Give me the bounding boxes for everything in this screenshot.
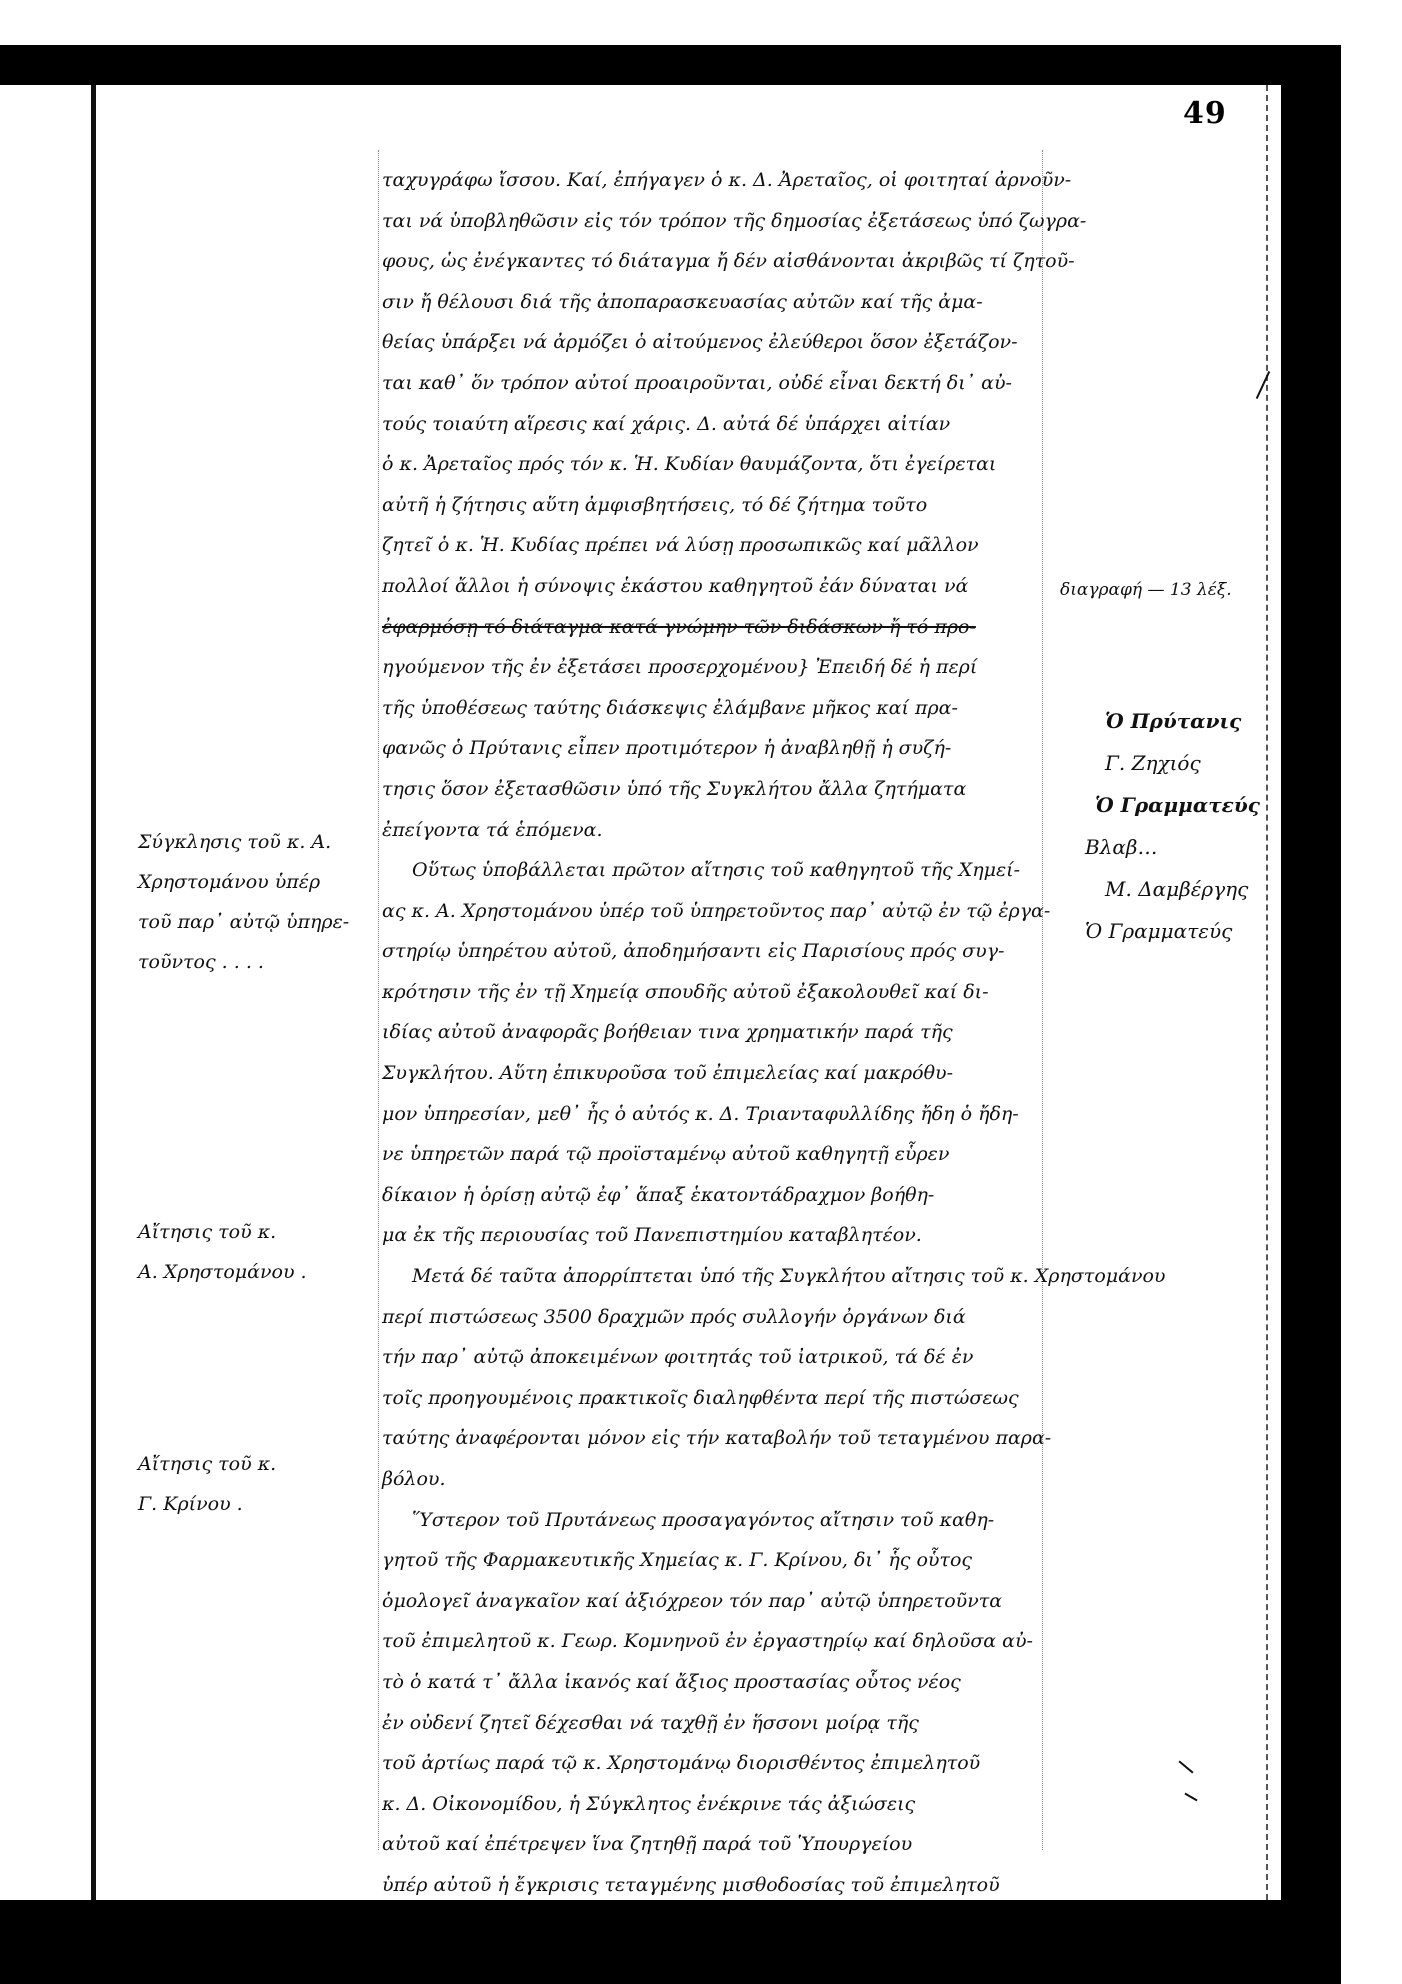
pen-mark (1178, 1760, 1193, 1773)
body-line: ταύτης ἀναφέρονται μόνον εἰς τήν καταβολ… (382, 1418, 1042, 1459)
signature: Μ. Δαμβέργης (1085, 868, 1275, 910)
body-line: αὐτοῦ καί ἐπέτρεψεν ἵνα ζητηθῇ παρά τοῦ … (382, 1824, 1042, 1865)
body-line: ζητεῖ ὁ κ. Ἡ. Κυδίας πρέπει νά λύσῃ προσ… (382, 525, 1042, 566)
body-line: ας κ. Α. Χρηστομάνου ὑπέρ τοῦ ὑπηρετοῦντ… (382, 891, 1042, 932)
margin-note-3: Αἴτησις τοῦ κ. Γ. Κρίνου . (138, 1444, 383, 1524)
body-line: ὁμολογεῖ ἀναγκαῖον καί ἀξιόχρεον τόν παρ… (382, 1581, 1042, 1622)
scan-border-right (1281, 45, 1341, 1984)
page-number: 49 (1183, 96, 1227, 131)
manuscript-body: ταχυγράφω ἴσσου. Καί, ἐπήγαγεν ὁ κ. Δ. Ἀ… (382, 160, 1042, 1906)
signature: Ὁ Πρύτανις (1085, 700, 1275, 742)
body-line: μα ἐκ τῆς περιουσίας τοῦ Πανεπιστημίου κ… (382, 1215, 1042, 1256)
body-line: Οὕτως ὑποβάλλεται πρῶτον αἴτησις τοῦ καθ… (382, 850, 1042, 891)
margin-note-line: Χρηστομάνου ὑπέρ (138, 862, 383, 902)
body-line: κρότησιν τῆς ἐν τῇ Χημείᾳ σπουδῆς αὐτοῦ … (382, 972, 1042, 1013)
body-line: πολλοί ἄλλοι ἡ σύνοψις ἑκάστου καθηγητοῦ… (382, 566, 1042, 607)
margin-note-line: Αἴτησις τοῦ κ. (138, 1212, 383, 1252)
scan-border-top (0, 45, 1340, 85)
body-line: Συγκλήτου. Αὕτη ἐπικυροῦσα τοῦ ἐπιμελεία… (382, 1053, 1042, 1094)
body-line: ἐν οὐδενί ζητεῖ δέχεσθαι νά ταχθῇ ἐν ἥσσ… (382, 1703, 1042, 1744)
body-line: τῆς ὑποθέσεως ταύτης διάσκεψις ἐλάμβανε … (382, 688, 1042, 729)
text-column-right-rule (1042, 150, 1043, 1850)
body-line: βόλου. (382, 1459, 1042, 1500)
body-line: ται νά ὑποβληθῶσιν εἰς τόν τρόπον τῆς δη… (382, 201, 1042, 242)
body-line: ὑπέρ αὐτοῦ ἡ ἔγκρισις τεταγμένης μισθοδο… (382, 1865, 1042, 1906)
body-line: ὁ κ. Ἀρεταῖος πρός τόν κ. Ἡ. Κυδίαν θαυμ… (382, 444, 1042, 485)
body-line: δίκαιον ἡ ὁρίσῃ αὐτῷ ἐφ᾽ ἅπαξ ἑκατοντάδρ… (382, 1175, 1042, 1216)
body-line: μον ὑπηρεσίαν, μεθ᾽ ἧς ὁ αὐτός κ. Δ. Τρι… (382, 1094, 1042, 1135)
signature: Ὁ Γραμματεύς (1085, 784, 1275, 826)
body-line: περί πιστώσεως 3500 δραχμῶν πρός συλλογή… (382, 1297, 1042, 1338)
page-right-edge (1266, 85, 1271, 1900)
signature: Ὁ Γραμματεύς (1085, 910, 1275, 952)
body-line: τοῦ ἀρτίως παρά τῷ κ. Χρηστομάνῳ διορισθ… (382, 1743, 1042, 1784)
body-line: τὸ ὁ κατά τ᾽ ἄλλα ἱκανός καί ἄξιος προστ… (382, 1662, 1042, 1703)
body-line: ιδίας αὐτοῦ ἀναφορᾶς βοήθειαν τινα χρημα… (382, 1012, 1042, 1053)
margin-note-line: Γ. Κρίνου . (138, 1484, 383, 1524)
body-line-struck: ἐφαρμόσῃ τό διάταγμα κατά γνώμην τῶν διδ… (382, 607, 1042, 648)
body-line: τήν παρ᾽ αὐτῷ ἀποκειμένων φοιτητάς τοῦ ἰ… (382, 1337, 1042, 1378)
page-binding-edge (91, 85, 96, 1900)
body-line: αὐτῆ ἡ ζήτησις αὕτη ἀμφισβητήσεις, τό δέ… (382, 485, 1042, 526)
body-line: τοῖς προηγουμένοις πρακτικοῖς διαληφθέντ… (382, 1378, 1042, 1419)
body-line: θείας ὑπάρξει νά ἀρμόζει ὁ αἰτούμενος ἐλ… (382, 322, 1042, 363)
body-line: ται καθ᾽ ὅν τρόπον αὐτοί προαιροῦνται, ο… (382, 363, 1042, 404)
margin-note-line: τοῦ παρ᾽ αὐτῷ ὑπηρε- (138, 902, 383, 942)
margin-note-1: Σύγκλησις τοῦ κ. Α. Χρηστομάνου ὑπέρ τοῦ… (138, 822, 383, 982)
margin-note-line: τοῦντος . . . . (138, 942, 383, 982)
body-line: στηρίῳ ὑπηρέτου αὐτοῦ, ἀποδημήσαντι εἰς … (382, 931, 1042, 972)
pen-mark (1184, 1793, 1197, 1802)
body-line: ἐπείγοντα τά ἑπόμενα. (382, 810, 1042, 851)
body-line: τησις ὅσον ἐξετασθῶσιν ὑπό τῆς Συγκλήτου… (382, 769, 1042, 810)
body-line: τοῦ ἐπιμελητοῦ κ. Γεωρ. Κομνηνοῦ ἐν ἐργα… (382, 1621, 1042, 1662)
body-line: Μετά δέ ταῦτα ἀπορρίπτεται ὑπό τῆς Συγκλ… (382, 1256, 1042, 1297)
body-line: κ. Δ. Οἰκονομίδου, ἡ Σύγκλητος ἐνέκρινε … (382, 1784, 1042, 1825)
margin-note-line: Αἴτησις τοῦ κ. (138, 1444, 383, 1484)
margin-note-line: Α. Χρηστομάνου . (138, 1252, 383, 1292)
text-column-left-rule (378, 150, 379, 1850)
body-line: ταχυγράφω ἴσσου. Καί, ἐπήγαγεν ὁ κ. Δ. Ἀ… (382, 160, 1042, 201)
signature: Γ. Ζηχιός (1085, 742, 1275, 784)
scan-border-bottom (0, 1900, 1341, 1984)
body-line: νε ὑπηρετῶν παρά τῷ προϊσταμένῳ αὐτοῦ κα… (382, 1134, 1042, 1175)
body-line: σιν ἤ θέλουσι διά τῆς ἀποπαρασκευασίας α… (382, 282, 1042, 323)
body-line: φους, ὡς ἐνέγκαντες τό διάταγμα ἤ δέν αἰ… (382, 241, 1042, 282)
body-line: φανῶς ὁ Πρύτανις εἶπεν προτιμότερον ἡ ἀν… (382, 728, 1042, 769)
deletion-annotation: διαγραφή — 13 λέξ. (1060, 580, 1232, 600)
margin-note-2: Αἴτησις τοῦ κ. Α. Χρηστομάνου . (138, 1212, 383, 1292)
body-line: τούς τοιαύτη αἵρεσις καί χάρις. Δ. αὐτά … (382, 404, 1042, 445)
body-line-partially-struck: ηγούμενον τῆς ἐν ἐξετάσει προσερχομένου}… (382, 647, 1042, 688)
body-line: Ὕστερον τοῦ Πρυτάνεως προσαγαγόντος αἴτη… (382, 1500, 1042, 1541)
margin-note-line: Σύγκλησις τοῦ κ. Α. (138, 822, 383, 862)
signature: Βλαβ… (1085, 826, 1275, 868)
signatures-block: Ὁ Πρύτανις Γ. Ζηχιός Ὁ Γραμματεύς Βλαβ… … (1085, 700, 1275, 952)
body-line: γητοῦ τῆς Φαρμακευτικῆς Χημείας κ. Γ. Κρ… (382, 1540, 1042, 1581)
